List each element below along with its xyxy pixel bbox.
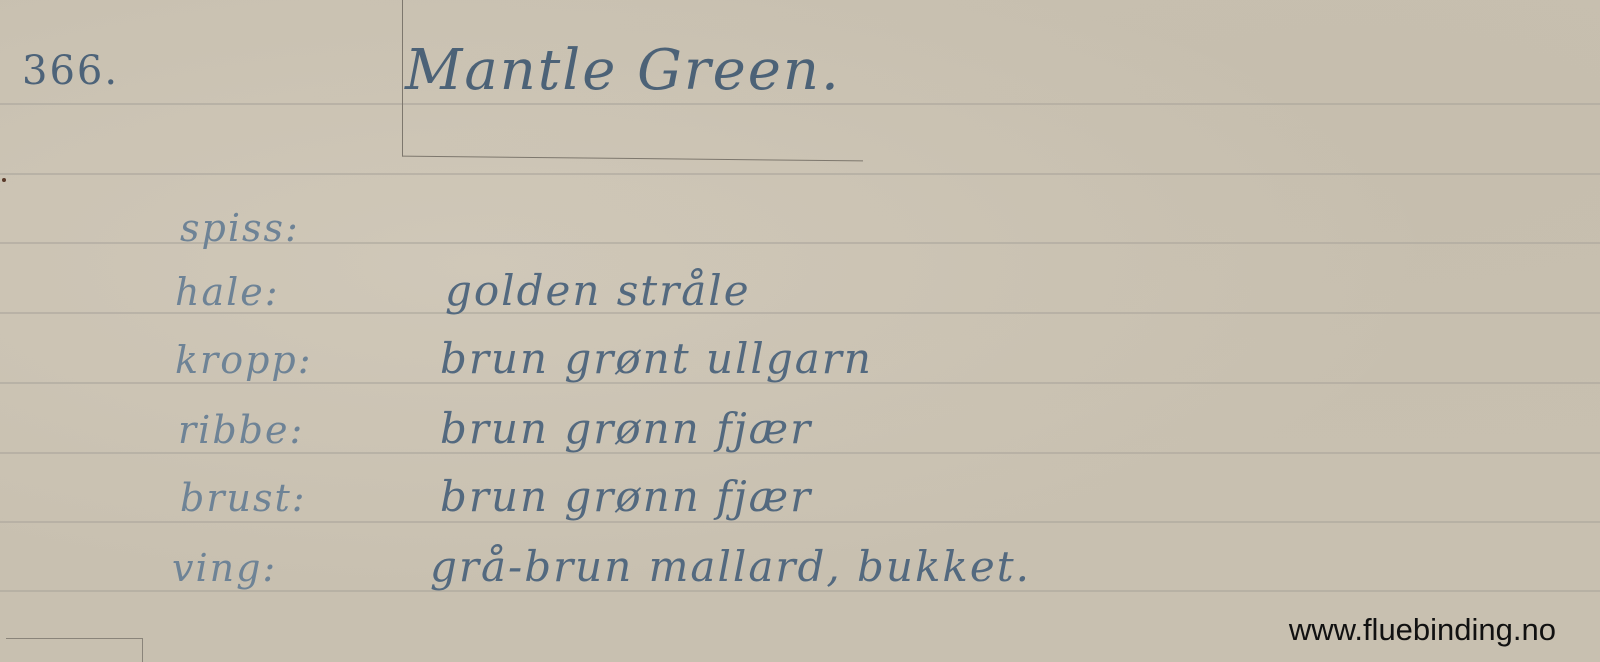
value-hale: golden stråle [445, 266, 751, 315]
value-brust: brun grønn fjær [440, 472, 812, 521]
label-hale: hale: [175, 270, 280, 314]
ink-speck [2, 178, 6, 182]
watermark-link: www.fluebinding.no [1289, 612, 1556, 648]
label-spiss: spiss: [180, 206, 300, 250]
value-kropp: brun grønt ullgarn [440, 334, 873, 383]
notebook-page: 366. Mantle Green. spiss: hale: golden s… [0, 0, 1600, 662]
value-ribbe: brun grønn fjær [440, 404, 812, 453]
label-ribbe: ribbe: [178, 408, 304, 452]
label-brust: brust: [180, 476, 307, 520]
ruled-line [0, 173, 1600, 175]
value-ving: grå-brun mallard, bukket. [430, 542, 1031, 591]
label-kropp: kropp: [175, 338, 313, 382]
entry-number: 366. [22, 48, 119, 94]
label-ving: ving: [172, 546, 277, 590]
pattern-title: Mantle Green. [405, 38, 841, 103]
corner-frame [6, 638, 143, 662]
ruled-line [0, 521, 1600, 523]
